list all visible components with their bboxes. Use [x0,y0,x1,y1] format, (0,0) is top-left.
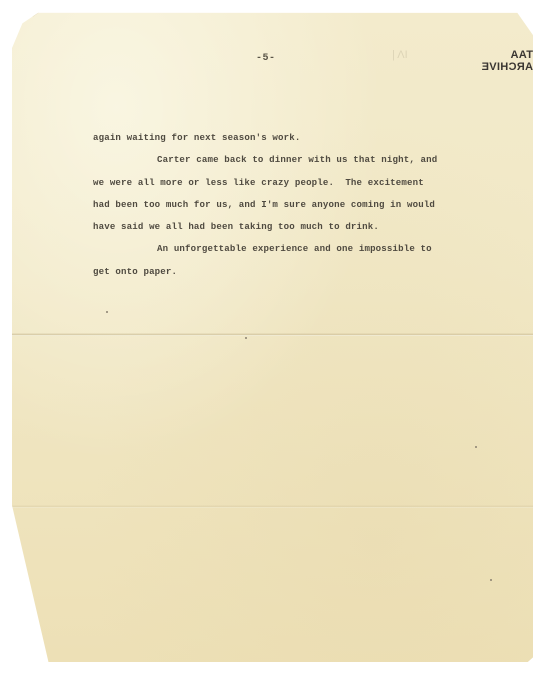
text-line: we were all more or less like crazy peop… [93,172,493,194]
page-number: -5- [256,53,276,64]
paper-fold-line-lower [12,505,533,508]
paper-speck [490,579,492,581]
paper-speck [475,446,477,448]
text-line: An unforgettable experience and one impo… [93,238,493,260]
text-line: get onto paper. [93,261,493,283]
text-line: again waiting for next season's work. [93,127,493,149]
paper-fold-line [12,333,533,336]
paper-crease [31,0,106,17]
text-line: Carter came back to dinner with us that … [93,149,493,171]
paper-speck [106,311,108,313]
typed-body-text: again waiting for next season's work. Ca… [93,127,493,283]
paper-speck [245,337,247,339]
stamp-ghost-mark: | ΛI [392,49,408,61]
text-line: had been too much for us, and I'm sure a… [93,194,493,216]
text-line: have said we all had been taking too muc… [93,216,493,238]
archive-stamp: TAA ARCHIVE [463,49,533,73]
document-page: -5- | ΛI TAA ARCHIVE again waiting for n… [12,9,533,662]
